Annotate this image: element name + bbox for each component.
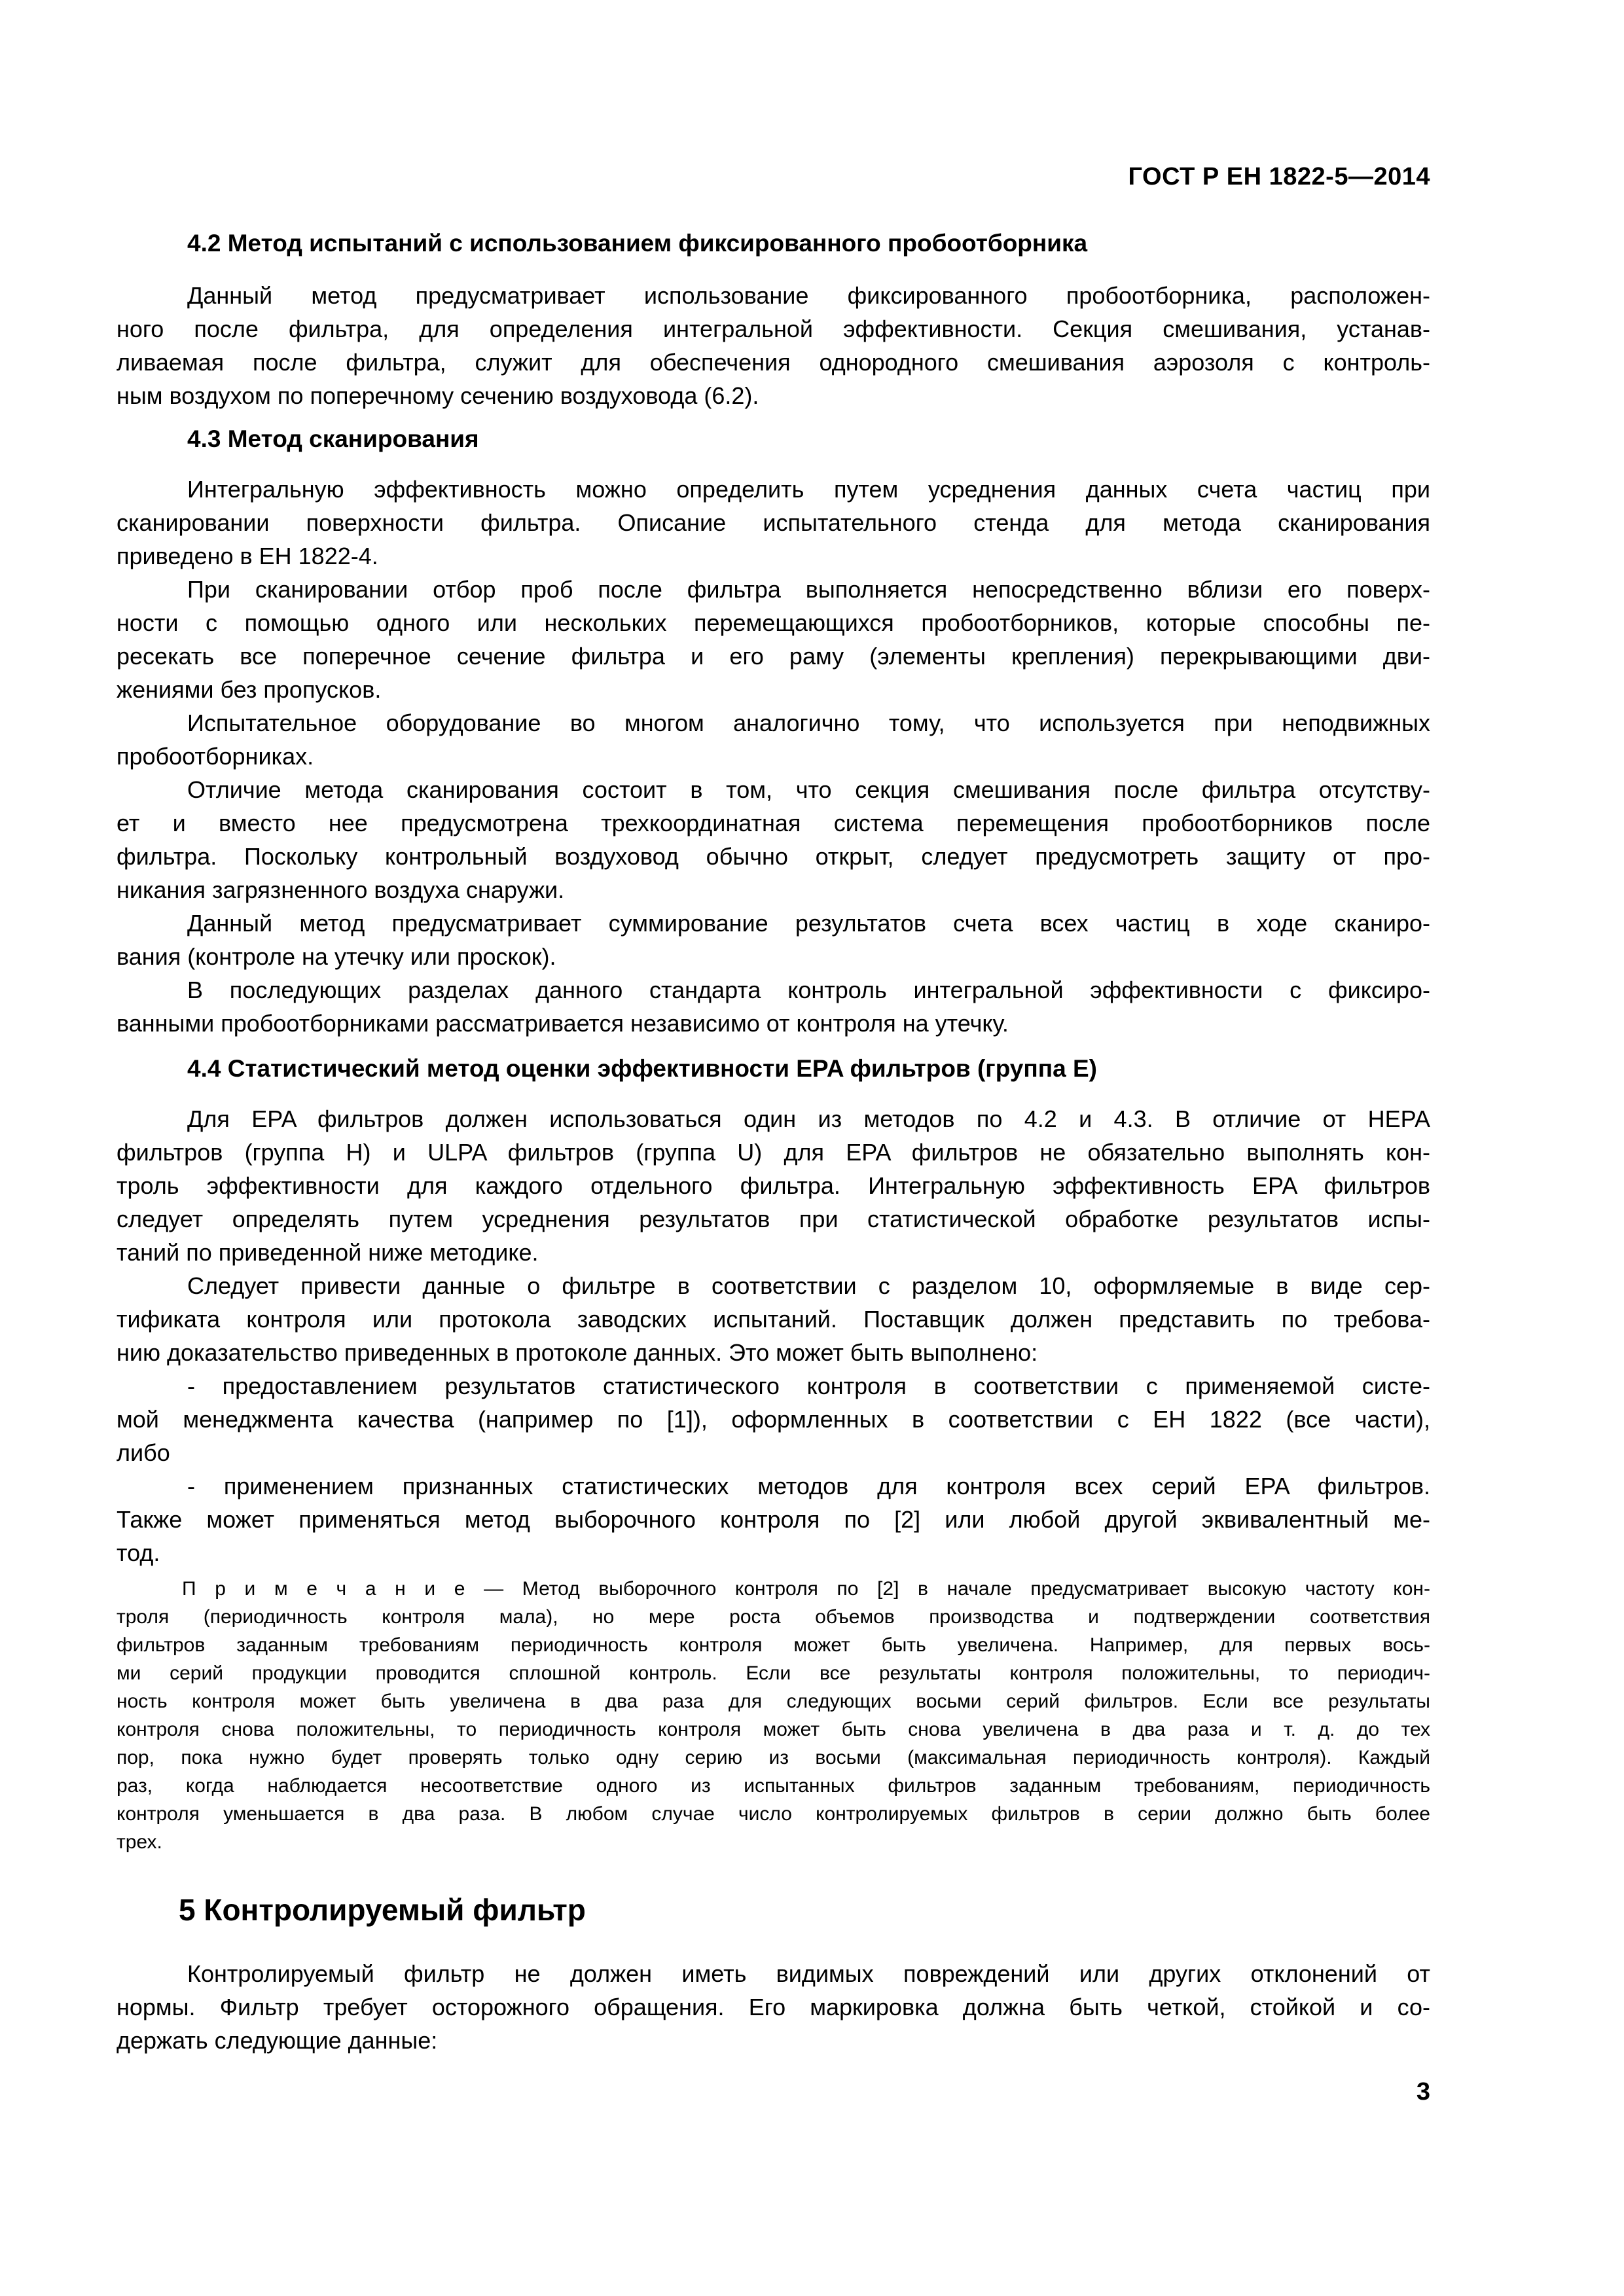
text-line: Контролируемый фильтр не должен иметь ви… [117, 1957, 1430, 1990]
paragraph-4-3-4: Отличие метода сканирования состоит в то… [117, 773, 1430, 906]
text-line: ет и вместо нее предусмотрена трехкоорди… [117, 806, 1430, 840]
text-line: таний по приведенной ниже методике. [117, 1236, 1430, 1269]
text-line: троль эффективности для каждого отдельно… [117, 1169, 1430, 1202]
text-line: - применением признанных статистических … [117, 1469, 1430, 1503]
text-line: Интегральную эффективность можно определ… [117, 473, 1430, 506]
paragraph-4-3-6: В последующих разделах данного стандарта… [117, 973, 1430, 1040]
text-line: ресекать все поперечное сечение фильтра … [117, 639, 1430, 673]
paragraph-4-4-1: Для EPA фильтров должен использоваться о… [117, 1102, 1430, 1269]
text-line: никания загрязненного воздуха снаружи. [117, 873, 1430, 906]
paragraph-5-1: Контролируемый фильтр не должен иметь ви… [117, 1957, 1430, 2057]
text-line: Данный метод предусматривает суммировани… [117, 906, 1430, 940]
text-line: ного после фильтра, для определения инте… [117, 312, 1430, 346]
text-line: жениями без пропусков. [117, 673, 1430, 706]
note-4-4: П р и м е ч а н и е — Метод выборочного … [117, 1575, 1430, 1856]
text-line: Испытательное оборудование во многом ана… [117, 706, 1430, 740]
text-line: Следует привести данные о фильтре в соот… [117, 1269, 1430, 1302]
text-line: пор, пока нужно будет проверять только о… [117, 1744, 1430, 1772]
text-line: ми серий продукции проводится сплошной к… [117, 1659, 1430, 1687]
section-5-heading: 5 Контролируемый фильтр [117, 1890, 1430, 1929]
text-line: тод. [117, 1536, 1430, 1570]
text-line: нормы. Фильтр требует осторожного обраще… [117, 1990, 1430, 2024]
text-line: тификата контроля или протокола заводски… [117, 1302, 1430, 1336]
document-content-area: ГОСТ Р ЕН 1822-5—2014 4.2 Метод испытани… [0, 0, 1624, 2109]
text-line: держать следующие данные: [117, 2024, 1430, 2057]
paragraph-4-4-2: Следует привести данные о фильтре в соот… [117, 1269, 1430, 1369]
text-line: ливаемая после фильтра, служит для обесп… [117, 346, 1430, 379]
section-4-3-heading: 4.3 Метод сканирования [117, 422, 1430, 456]
section-4-2-heading: 4.2 Метод испытаний с использованием фик… [117, 226, 1430, 260]
text-line: контроля уменьшается в два раза. В любом… [117, 1800, 1430, 1828]
text-line: троля (периодичность контроля мала), но … [117, 1603, 1430, 1631]
text-line: фильтра. Поскольку контрольный воздухово… [117, 840, 1430, 873]
paragraph-4-3-2: При сканировании отбор проб после фильтр… [117, 573, 1430, 706]
text-line: ность контроля может быть увеличена в дв… [117, 1687, 1430, 1715]
document-page: ГОСТ Р ЕН 1822-5—2014 4.2 Метод испытани… [0, 0, 1624, 2296]
text-line: Также может применяться метод выборочног… [117, 1503, 1430, 1536]
text-line: фильтров (группа H) и ULPA фильтров (гру… [117, 1136, 1430, 1169]
text-line: пробоотборниках. [117, 740, 1430, 773]
paragraph-4-3-3: Испытательное оборудование во многом ана… [117, 706, 1430, 773]
paragraph-4-2-1: Данный метод предусматривает использован… [117, 279, 1430, 412]
text-line: мой менеджмента качества (например по [1… [117, 1403, 1430, 1436]
text-line: ванными пробоотборниками рассматривается… [117, 1007, 1430, 1040]
standard-code-header: ГОСТ Р ЕН 1822-5—2014 [117, 160, 1430, 194]
paragraph-4-3-5: Данный метод предусматривает суммировани… [117, 906, 1430, 973]
text-line: ным воздухом по поперечному сечению возд… [117, 379, 1430, 412]
text-line: Данный метод предусматривает использован… [117, 279, 1430, 312]
text-line: трех. [117, 1828, 1430, 1856]
text-line: либо [117, 1436, 1430, 1469]
text-line: Для EPA фильтров должен использоваться о… [117, 1102, 1430, 1136]
text-line: П р и м е ч а н и е — Метод выборочного … [117, 1575, 1430, 1603]
text-line: следует определять путем усреднения резу… [117, 1202, 1430, 1236]
text-line: нию доказательство приведенных в протоко… [117, 1336, 1430, 1369]
paragraph-4-4-3: - предоставлением результатов статистиче… [117, 1369, 1430, 1469]
paragraph-4-4-4: - применением признанных статистических … [117, 1469, 1430, 1570]
text-line: ности с помощью одного или нескольких пе… [117, 606, 1430, 639]
text-line: - предоставлением результатов статистиче… [117, 1369, 1430, 1403]
text-line: Отличие метода сканирования состоит в то… [117, 773, 1430, 806]
document-body: 4.2 Метод испытаний с использованием фик… [117, 226, 1430, 2057]
text-line: При сканировании отбор проб после фильтр… [117, 573, 1430, 606]
page-number: 3 [117, 2075, 1430, 2109]
text-line: фильтров заданным требованиям периодично… [117, 1631, 1430, 1659]
text-line: сканировании поверхности фильтра. Описан… [117, 506, 1430, 539]
paragraph-4-3-1: Интегральную эффективность можно определ… [117, 473, 1430, 573]
text-line: раз, когда наблюдается несоответствие од… [117, 1772, 1430, 1800]
text-line: В последующих разделах данного стандарта… [117, 973, 1430, 1007]
text-line: приведено в ЕН 1822-4. [117, 539, 1430, 573]
text-line: контроля снова положительны, то периодич… [117, 1715, 1430, 1744]
section-4-4-heading: 4.4 Статистический метод оценки эффектив… [117, 1052, 1430, 1085]
text-line: вания (контроле на утечку или проскок). [117, 940, 1430, 973]
